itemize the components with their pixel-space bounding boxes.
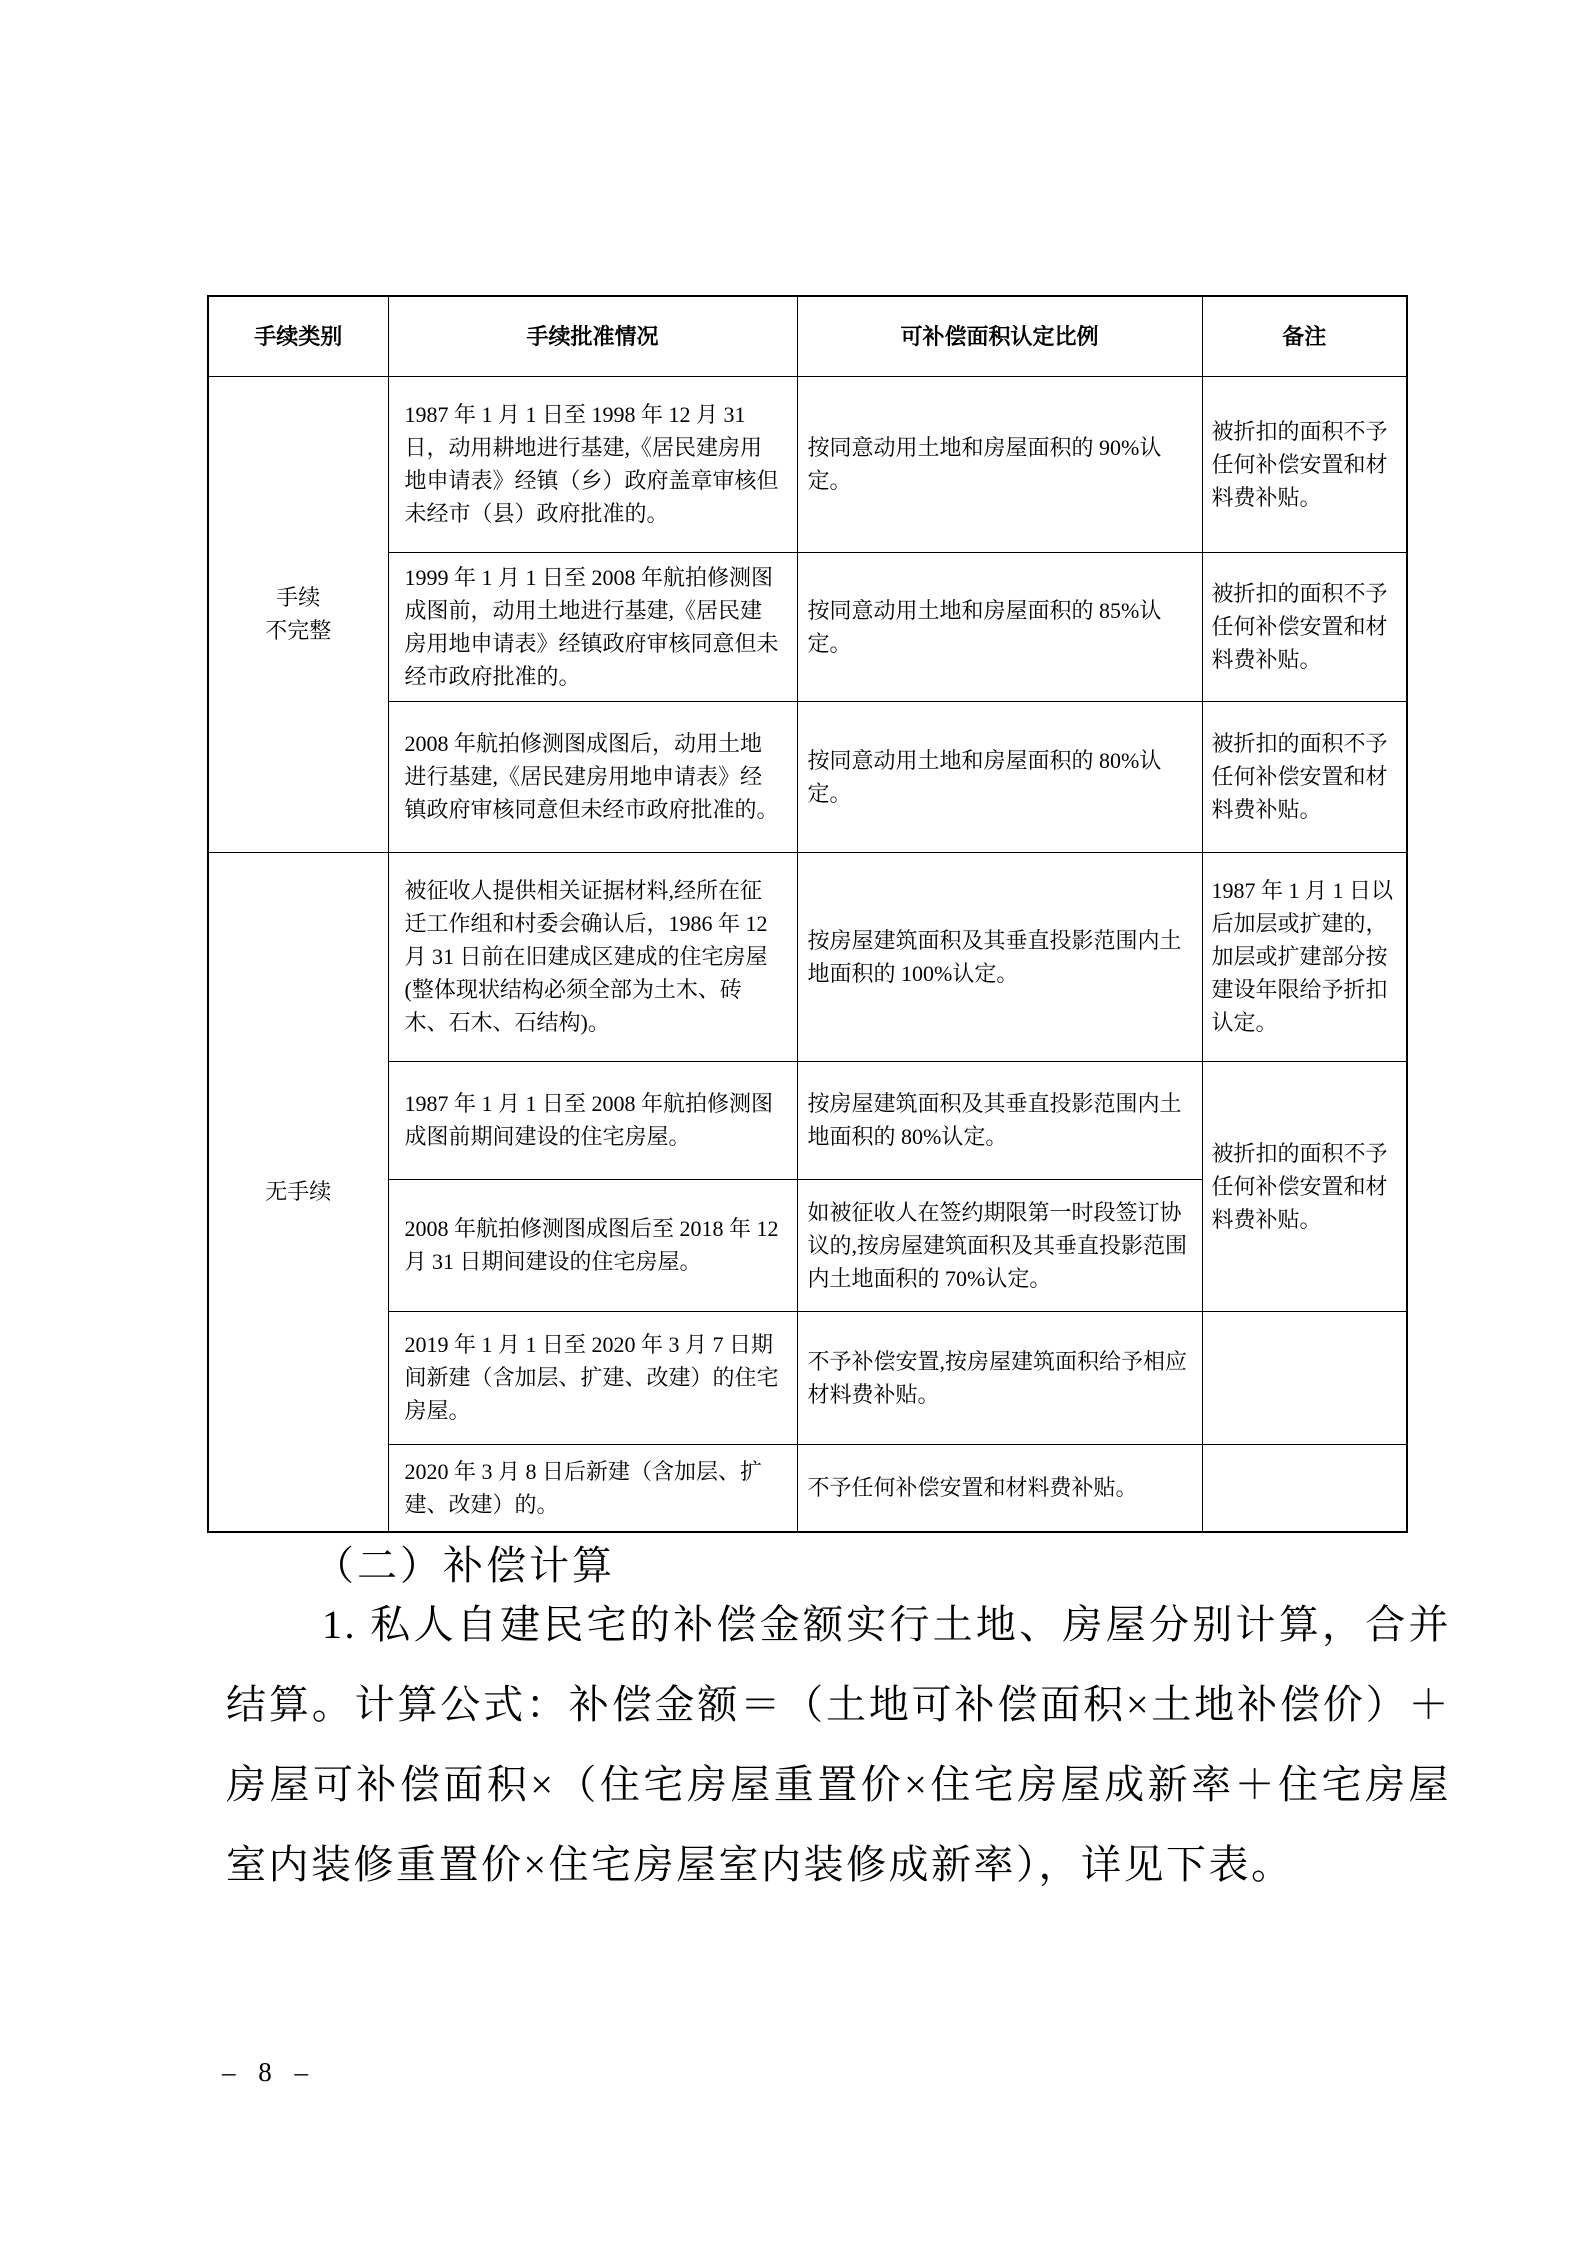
page-number: – 8 – bbox=[222, 2056, 308, 2088]
cell-remark-8 bbox=[1202, 1444, 1407, 1532]
cell-ratio-4: 按房屋建筑面积及其垂直投影范围内土地面积的 100%认定。 bbox=[797, 852, 1202, 1061]
table-row: 2020 年 3 月 8 日后新建（含加层、扩建、改建）的。 不予任何补偿安置和… bbox=[208, 1444, 1407, 1532]
cell-approval-8: 2020 年 3 月 8 日后新建（含加层、扩建、改建）的。 bbox=[388, 1444, 797, 1532]
table-row: 1987 年 1 月 1 日至 2008 年航拍修测图成图前期间建设的住宅房屋。… bbox=[208, 1061, 1407, 1179]
cell-remark-4: 1987 年 1 月 1 日以后加层或扩建的，加层或扩建部分按建设年限给予折扣认… bbox=[1202, 852, 1407, 1061]
cell-ratio-8: 不予任何补偿安置和材料费补贴。 bbox=[797, 1444, 1202, 1532]
group-label-incomplete: 手续 不完整 bbox=[208, 376, 388, 852]
cell-approval-7: 2019 年 1 月 1 日至 2020 年 3 月 7 日期间新建（含加层、扩… bbox=[388, 1311, 797, 1444]
cell-ratio-5: 按房屋建筑面积及其垂直投影范围内土地面积的 80%认定。 bbox=[797, 1061, 1202, 1179]
cell-approval-3: 2008 年航拍修测图成图后，动用土地进行基建,《居民建房用地申请表》经镇政府审… bbox=[388, 701, 797, 852]
cell-approval-6: 2008 年航拍修测图成图后至 2018 年 12 月 31 日期间建设的住宅房… bbox=[388, 1179, 797, 1311]
cell-ratio-6: 如被征收人在签约期限第一时段签订协议的,按房屋建筑面积及其垂直投影范围内土地面积… bbox=[797, 1179, 1202, 1311]
cell-ratio-1: 按同意动用土地和房屋面积的 90%认定。 bbox=[797, 376, 1202, 552]
table-row: 手续 不完整 1987 年 1 月 1 日至 1998 年 12 月 31 日，… bbox=[208, 376, 1407, 552]
header-ratio: 可补偿面积认定比例 bbox=[797, 296, 1202, 376]
cell-remark-2: 被折扣的面积不予任何补偿安置和材料费补贴。 bbox=[1202, 552, 1407, 701]
cell-approval-1: 1987 年 1 月 1 日至 1998 年 12 月 31 日，动用耕地进行基… bbox=[388, 376, 797, 552]
cell-remark-1: 被折扣的面积不予任何补偿安置和材料费补贴。 bbox=[1202, 376, 1407, 552]
table-header-row: 手续类别 手续批准情况 可补偿面积认定比例 备注 bbox=[208, 296, 1407, 376]
document-page: 手续类别 手续批准情况 可补偿面积认定比例 备注 手续 不完整 1987 年 1… bbox=[0, 0, 1587, 2245]
cell-approval-4: 被征收人提供相关证据材料,经所在征迁工作组和村委会确认后，1986 年 12 月… bbox=[388, 852, 797, 1061]
header-category: 手续类别 bbox=[208, 296, 388, 376]
cell-ratio-7: 不予补偿安置,按房屋建筑面积给予相应材料费补贴。 bbox=[797, 1311, 1202, 1444]
compensation-ratio-table: 手续类别 手续批准情况 可补偿面积认定比例 备注 手续 不完整 1987 年 1… bbox=[207, 295, 1408, 1533]
table-row: 1999 年 1 月 1 日至 2008 年航拍修测图成图前，动用土地进行基建,… bbox=[208, 552, 1407, 701]
cell-remark-7 bbox=[1202, 1311, 1407, 1444]
group-label-line1: 手续 bbox=[215, 581, 382, 614]
header-approval: 手续批准情况 bbox=[388, 296, 797, 376]
group-label-line2: 不完整 bbox=[215, 614, 382, 647]
table-row: 无手续 被征收人提供相关证据材料,经所在征迁工作组和村委会确认后，1986 年 … bbox=[208, 852, 1407, 1061]
table-row: 2008 年航拍修测图成图后，动用土地进行基建,《居民建房用地申请表》经镇政府审… bbox=[208, 701, 1407, 852]
cell-ratio-3: 按同意动用土地和房屋面积的 80%认定。 bbox=[797, 701, 1202, 852]
table-row: 2019 年 1 月 1 日至 2020 年 3 月 7 日期间新建（含加层、扩… bbox=[208, 1311, 1407, 1444]
cell-remark-5-6: 被折扣的面积不予任何补偿安置和材料费补贴。 bbox=[1202, 1061, 1407, 1311]
cell-ratio-2: 按同意动用土地和房屋面积的 85%认定。 bbox=[797, 552, 1202, 701]
group-label-none: 无手续 bbox=[208, 852, 388, 1532]
header-remark: 备注 bbox=[1202, 296, 1407, 376]
cell-approval-2: 1999 年 1 月 1 日至 2008 年航拍修测图成图前，动用土地进行基建,… bbox=[388, 552, 797, 701]
cell-approval-5: 1987 年 1 月 1 日至 2008 年航拍修测图成图前期间建设的住宅房屋。 bbox=[388, 1061, 797, 1179]
cell-remark-3: 被折扣的面积不予任何补偿安置和材料费补贴。 bbox=[1202, 701, 1407, 852]
body-paragraph: 1. 私人自建民宅的补偿金额实行土地、房屋分别计算，合并结算。计算公式：补偿金额… bbox=[226, 1585, 1451, 1905]
